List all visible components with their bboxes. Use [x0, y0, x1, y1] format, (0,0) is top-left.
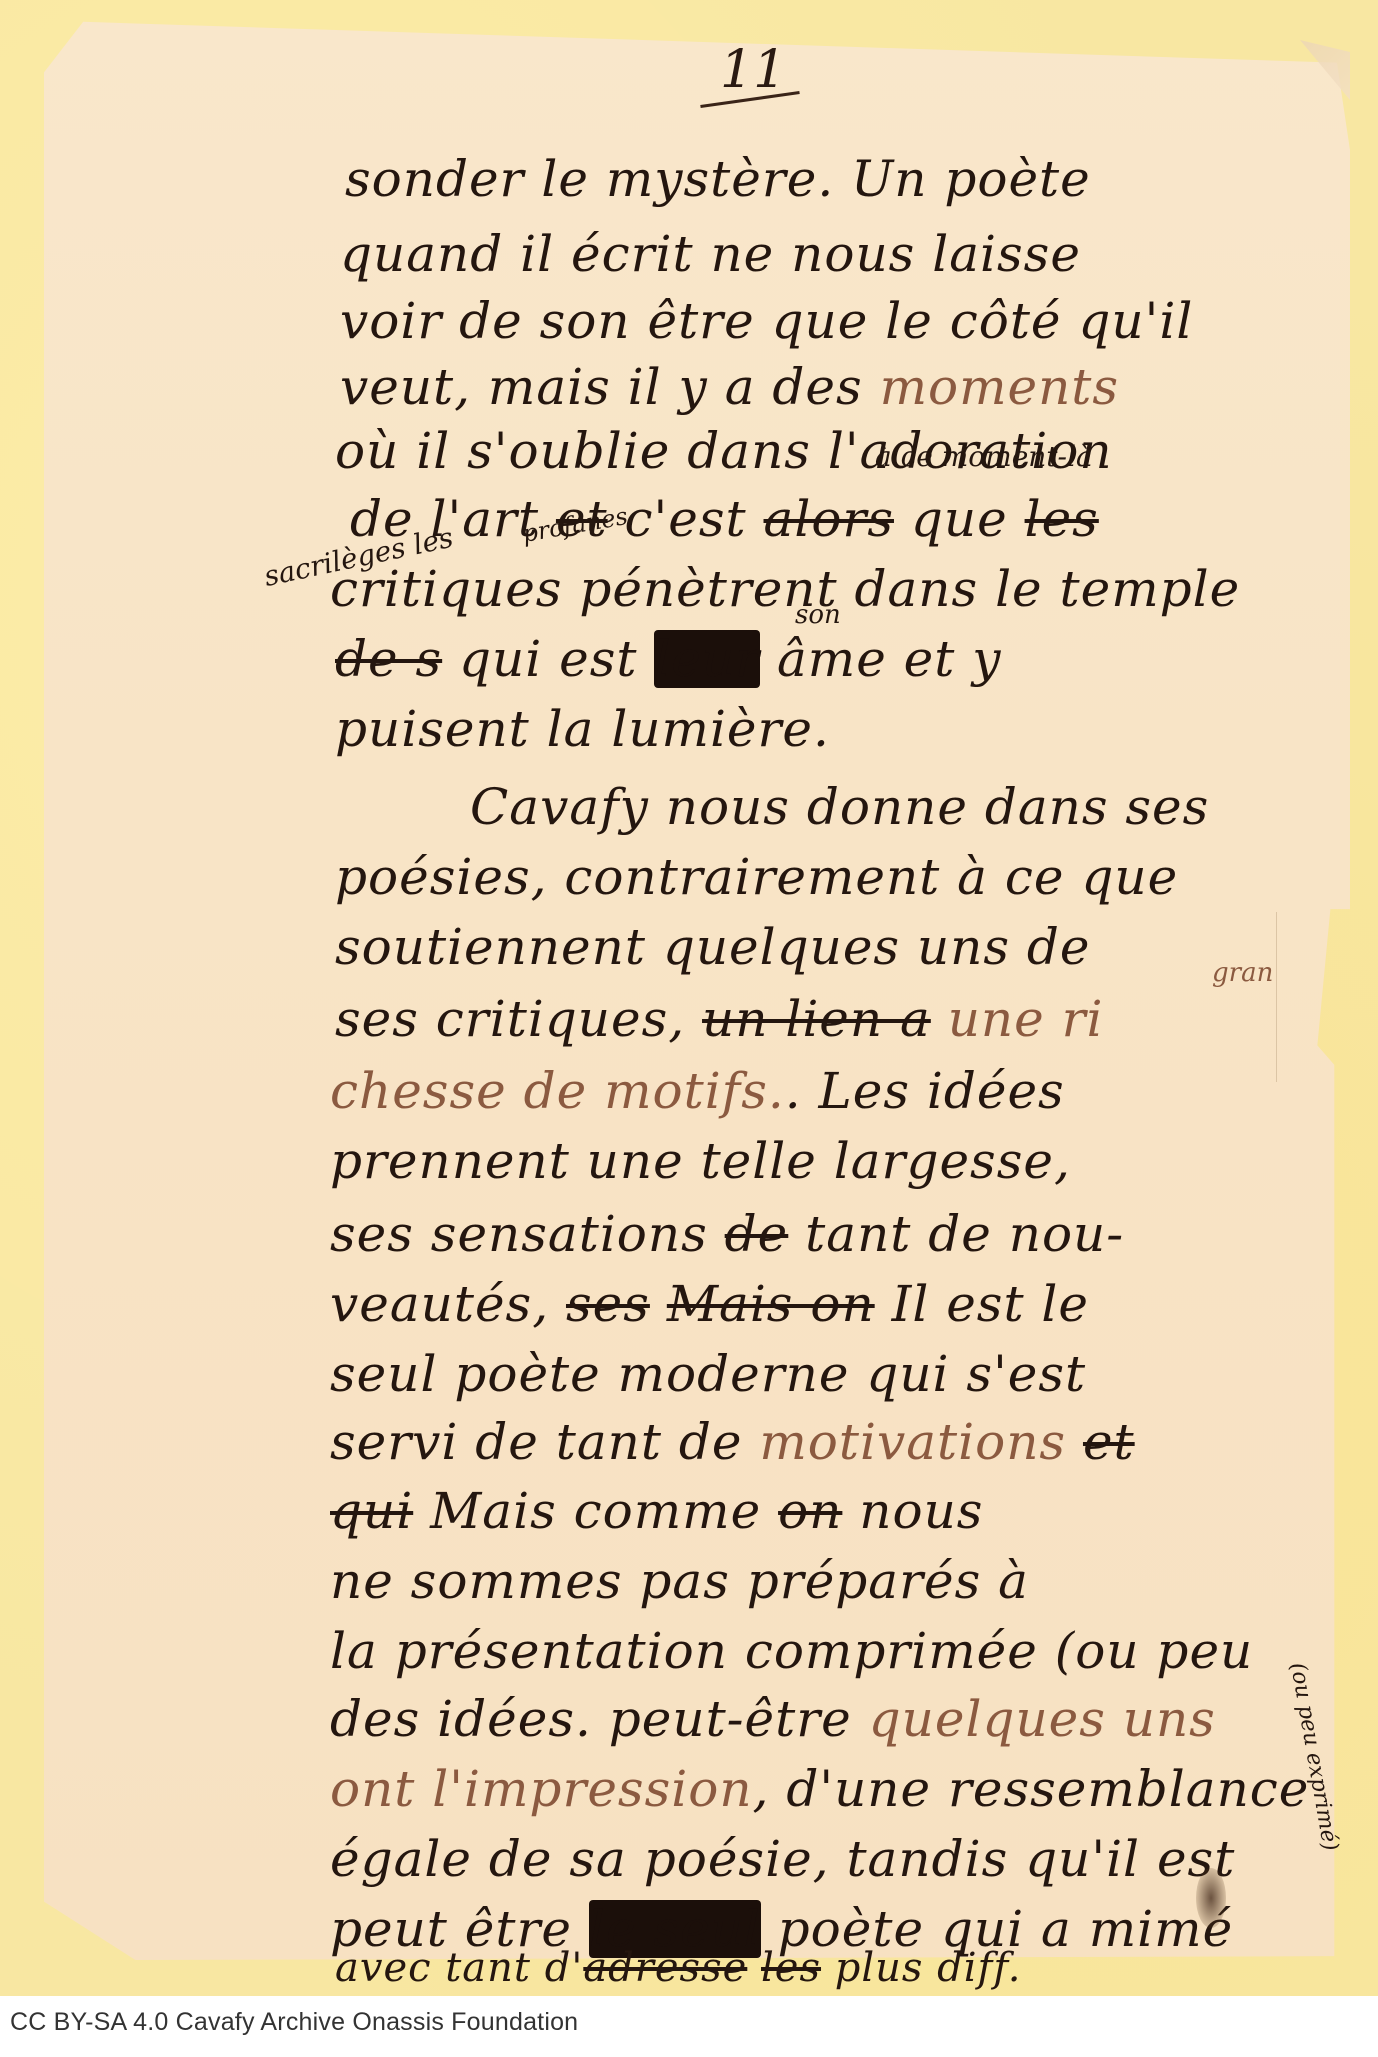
ink-text: servi de tant de	[330, 1413, 759, 1471]
manuscript-line: des idées. peut-être quelques uns	[330, 1690, 1216, 1748]
struck-word: qui	[330, 1482, 413, 1540]
manuscript-line: ne sommes pas préparés à	[330, 1552, 1029, 1610]
manuscript-line: égale de sa poésie, tandis qu'il est	[330, 1830, 1235, 1888]
ink-text: Cavafy nous donne dans ses	[470, 778, 1209, 836]
ink-text: soutiennent quelques uns de	[335, 918, 1091, 976]
ink-text: Il est le	[875, 1275, 1089, 1333]
struck-word: de s	[335, 630, 442, 688]
manuscript-line: critiques pénètrent dans le temple	[330, 560, 1240, 618]
manuscript-line: puisent la lumière.	[335, 700, 830, 758]
ink-text	[747, 1945, 761, 1991]
manuscript-line: ses sensations de tant de nou-	[330, 1205, 1124, 1263]
struck-word: les	[1025, 490, 1099, 548]
ink-text: plus diff.	[821, 1945, 1021, 1991]
ink-text: seul poète moderne qui s'est	[330, 1345, 1086, 1403]
manuscript-line: soutiennent quelques uns de	[335, 918, 1091, 976]
manuscript-line: de s qui est leur âme et y	[335, 630, 1002, 688]
ink-text: veut, mais il y a des	[340, 358, 880, 416]
ink-text: voir de son être que le côté qu'il	[340, 292, 1193, 350]
manuscript-line: sonder le mystère. Un poète	[345, 150, 1091, 208]
ink-text: . Les idées	[785, 1062, 1065, 1120]
ink-text: ses critiques,	[335, 990, 702, 1048]
annotation-ce-moment-la: à ce moment-là	[875, 440, 1093, 473]
annotation-gran: gran	[1212, 958, 1273, 988]
manuscript-line: quand il écrit ne nous laisse	[340, 225, 1081, 283]
struck-word: Mais on	[667, 1275, 875, 1333]
brown-ink-text: quelques uns	[869, 1690, 1216, 1748]
manuscript-line: servi de tant de motivations et	[330, 1413, 1135, 1471]
manuscript-line: veautés, ses Mais on Il est le	[330, 1275, 1089, 1333]
ink-text: puisent la lumière.	[335, 700, 830, 758]
brown-ink-text: ont l'impression	[330, 1760, 753, 1818]
ink-text	[650, 1275, 667, 1333]
manuscript-line: poésies, contrairement à ce que	[335, 848, 1178, 906]
manuscript-line: qui Mais comme on nous	[330, 1482, 983, 1540]
blotted-word: leur	[654, 630, 760, 688]
ink-text: prennent une	[330, 1132, 701, 1190]
struck-word: alors	[764, 490, 894, 548]
struck-word: un lien a	[702, 990, 931, 1048]
manuscript-line: veut, mais il y a des moments	[340, 358, 1119, 416]
ink-text: que	[894, 490, 1025, 548]
ink-text: la présentation comprimée (ou peu	[330, 1622, 1253, 1680]
brown-ink-text: une ri	[931, 990, 1104, 1048]
ink-text: âme et y	[760, 630, 1001, 688]
paper-tear	[1276, 912, 1293, 1082]
annotation-son: son	[795, 600, 841, 630]
struck-word: et	[1083, 1413, 1135, 1471]
ink-text: sonder le mystère. Un poète	[345, 150, 1091, 208]
ink-text: égale de sa poésie, tandis qu'il est	[330, 1830, 1235, 1888]
ink-text: avec tant d'	[335, 1945, 583, 1991]
manuscript-line: seul poète moderne qui s'est	[330, 1345, 1086, 1403]
ink-text: ses sensations	[330, 1205, 725, 1263]
ink-text: telle	[701, 1132, 817, 1190]
ink-text: poésies, contrairement à ce que	[335, 848, 1178, 906]
manuscript-line: la présentation comprimée (ou peu	[330, 1622, 1253, 1680]
ink-text: tant de nou-	[788, 1205, 1124, 1263]
brown-ink-text: motivations	[759, 1413, 1066, 1471]
manuscript-line: ont l'impression, d'une ressemblance	[330, 1760, 1309, 1818]
struck-word: les	[761, 1945, 821, 1991]
manuscript-line: voir de son être que le côté qu'il	[340, 292, 1193, 350]
ink-text: Mais comme	[413, 1482, 778, 1540]
ink-stain	[1196, 1868, 1226, 1928]
ink-text: ne sommes pas préparés à	[330, 1552, 1029, 1610]
ink-text: qui est	[442, 630, 654, 688]
manuscript-line: ses critiques, un lien a une ri	[335, 990, 1104, 1048]
ink-text	[1066, 1413, 1083, 1471]
ink-text: , d'une ressemblance	[753, 1760, 1310, 1818]
license-caption: CC BY-SA 4.0 Cavafy Archive Onassis Foun…	[10, 2008, 578, 2037]
ink-text: quand il écrit ne nous laisse	[340, 225, 1081, 283]
brown-ink-text: moments	[880, 358, 1119, 416]
struck-word: de	[725, 1205, 789, 1263]
manuscript-line: chesse de motifs.. Les idées	[330, 1062, 1065, 1120]
struck-word: ses	[566, 1275, 650, 1333]
ink-text: nous	[842, 1482, 983, 1540]
manuscript-line: Cavafy nous donne dans ses	[470, 778, 1209, 836]
manuscript-line: de l'art et c'est alors que les	[350, 490, 1099, 548]
manuscript-line: prennent une telle largesse,	[330, 1132, 1071, 1190]
struck-word: adresse	[583, 1945, 747, 1991]
ink-text: critiques pénètrent dans le temple	[330, 560, 1240, 618]
ink-text: c'est	[608, 490, 764, 548]
ink-text: largesse,	[817, 1132, 1071, 1190]
ink-text: veautés,	[330, 1275, 566, 1333]
manuscript-line: avec tant d'adresse les plus diff.	[335, 1945, 1021, 1991]
ink-text: des idées. peut-être	[330, 1690, 869, 1748]
page-number: 11	[720, 40, 786, 100]
brown-ink-text: chesse de motifs.	[330, 1062, 785, 1120]
struck-word: on	[778, 1482, 842, 1540]
